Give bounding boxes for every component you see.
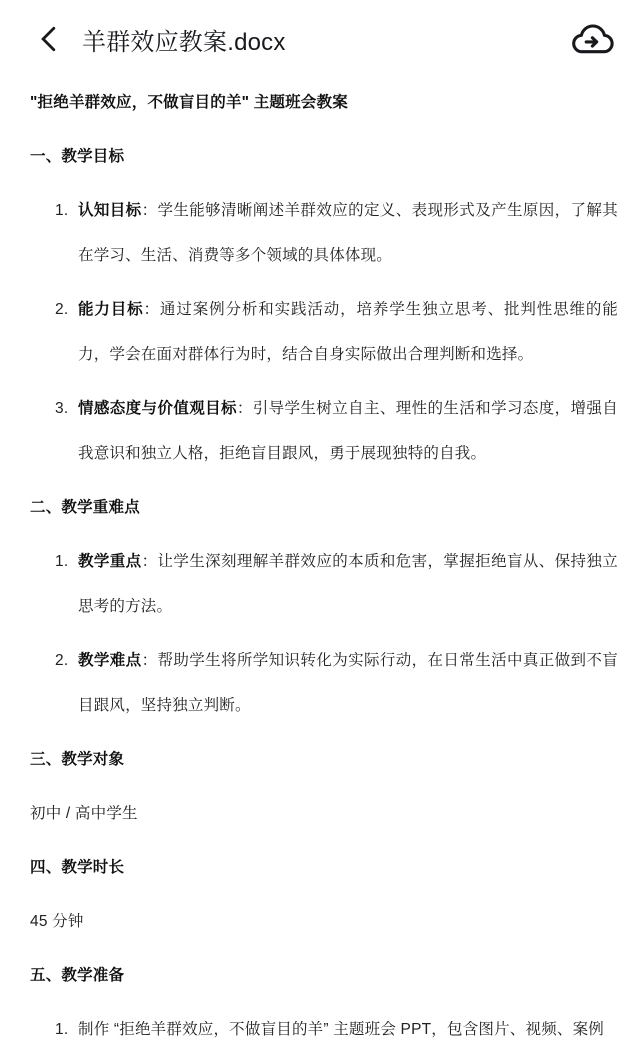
document-content[interactable]: "拒绝羊群效应，不做盲目的羊" 主题班会教案一、教学目标1.认知目标：学生能够清…	[0, 78, 640, 1052]
list-text: 能力目标：通过案例分析和实践活动，培养学生独立思考、批判性思维的能力，学会在面对…	[78, 287, 618, 377]
section-heading: 二、教学重难点	[30, 485, 618, 530]
cloud-forward-icon	[570, 19, 614, 59]
chevron-left-icon	[36, 24, 62, 54]
list-number: 2.	[55, 638, 68, 683]
paragraph: 初中 / 高中学生	[30, 791, 618, 836]
list-item: 2.教学难点：帮助学生将所学知识转化为实际行动，在日常生活中真正做到不盲目跟风，…	[30, 638, 618, 728]
doc-title: "拒绝羊群效应，不做盲目的羊" 主题班会教案	[30, 80, 618, 125]
section-heading: 五、教学准备	[30, 953, 618, 998]
list-text: 认知目标：学生能够清晰阐述羊群效应的定义、表现形式及产生原因，了解其在学习、生活…	[78, 188, 618, 278]
list-lead: 教学难点	[78, 652, 142, 669]
list-text: 情感态度与价值观目标：引导学生树立自主、理性的生活和学习态度，增强自我意识和独立…	[78, 386, 618, 476]
back-button[interactable]	[36, 24, 62, 54]
list-lead: 情感态度与价值观目标	[78, 400, 237, 417]
list-lead: 能力目标	[78, 301, 144, 318]
list-item: 1.认知目标：学生能够清晰阐述羊群效应的定义、表现形式及产生原因，了解其在学习、…	[30, 188, 618, 278]
list-lead: 教学重点	[78, 553, 142, 570]
list-item: 3.情感态度与价值观目标：引导学生树立自主、理性的生活和学习态度，增强自我意识和…	[30, 386, 618, 476]
list-lead: 认知目标	[78, 202, 142, 219]
list-text: 教学重点：让学生深刻理解羊群效应的本质和危害，掌握拒绝盲从、保持独立思考的方法。	[78, 539, 618, 629]
cloud-share-button[interactable]	[570, 19, 614, 59]
list-item: 1.教学重点：让学生深刻理解羊群效应的本质和危害，掌握拒绝盲从、保持独立思考的方…	[30, 539, 618, 629]
list-number: 1.	[55, 1007, 68, 1052]
section-heading: 一、教学目标	[30, 134, 618, 179]
list-text: 制作 “拒绝羊群效应，不做盲目的羊” 主题班会 PPT，包含图片、视频、案例	[78, 1007, 618, 1052]
list-item: 1.制作 “拒绝羊群效应，不做盲目的羊” 主题班会 PPT，包含图片、视频、案例	[30, 1007, 618, 1052]
list-number: 3.	[55, 386, 68, 431]
section-heading: 四、教学时长	[30, 845, 618, 890]
file-title: 羊群效应教案.docx	[82, 22, 570, 57]
list-text: 教学难点：帮助学生将所学知识转化为实际行动，在日常生活中真正做到不盲目跟风，坚持…	[78, 638, 618, 728]
list-number: 1.	[55, 188, 68, 233]
list-number: 2.	[55, 287, 68, 332]
top-bar: 羊群效应教案.docx	[0, 0, 640, 78]
paragraph: 45 分钟	[30, 899, 618, 944]
document-viewer: 羊群效应教案.docx "拒绝羊群效应，不做盲目的羊" 主题班会教案一、教学目标…	[0, 0, 640, 1063]
list-item: 2.能力目标：通过案例分析和实践活动，培养学生独立思考、批判性思维的能力，学会在…	[30, 287, 618, 377]
section-heading: 三、教学对象	[30, 737, 618, 782]
list-number: 1.	[55, 539, 68, 584]
